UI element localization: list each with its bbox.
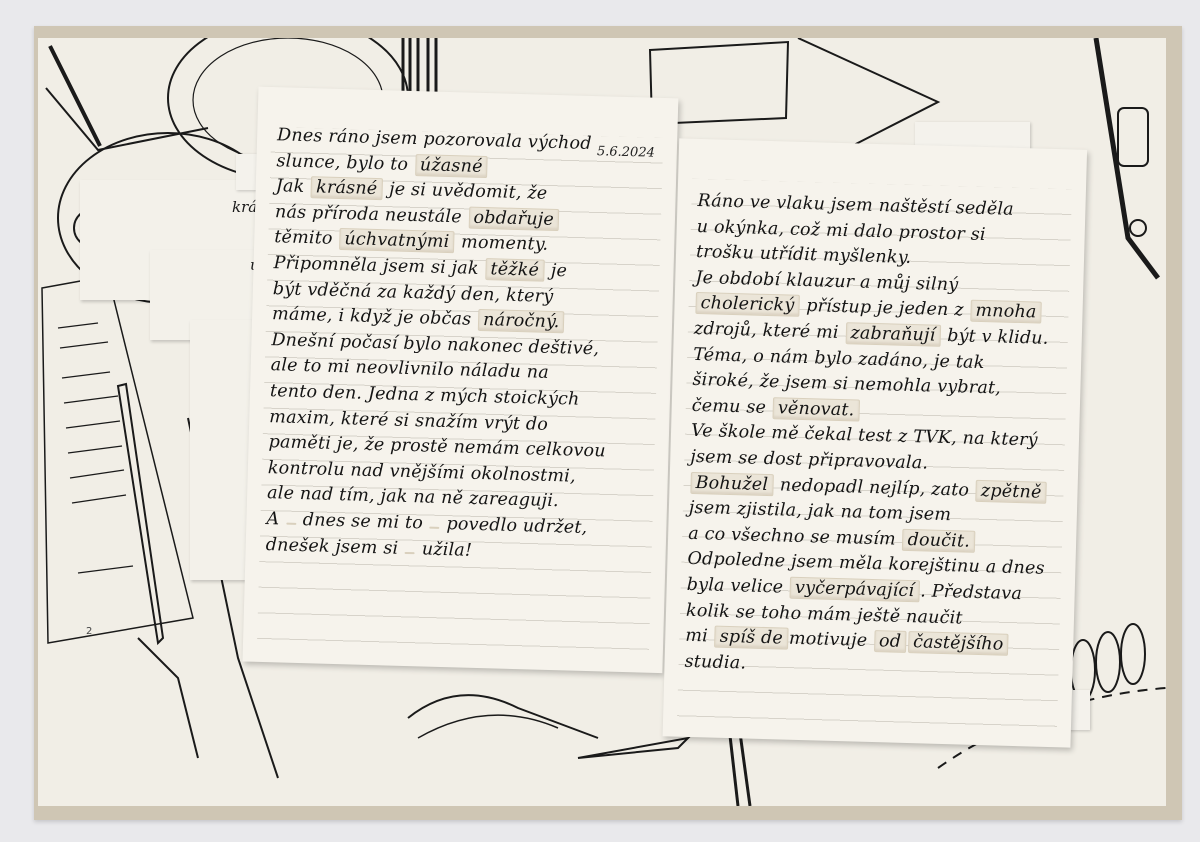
handwritten-text: . Představa bbox=[920, 581, 1022, 604]
notepad-page-number: 2 bbox=[86, 626, 92, 637]
pull-tab-window[interactable]: Bohužel bbox=[690, 471, 773, 495]
pull-tab-window[interactable]: cholerický bbox=[695, 292, 799, 317]
right-page-text: Ráno ve vlaku jsem naštěstí sedělau okýn… bbox=[684, 189, 1071, 686]
handwritten-text: slunce, bylo to bbox=[276, 151, 414, 175]
handwritten-text: je bbox=[545, 261, 568, 282]
handwritten-text: Je období klauzur a můj silný bbox=[695, 268, 959, 295]
handwritten-text: ale to mi neovlivnilo náladu na bbox=[270, 355, 549, 383]
pull-tab-window[interactable]: úžasné bbox=[415, 154, 488, 178]
handwritten-text: nás příroda neustále bbox=[275, 202, 468, 227]
pull-tab-window[interactable]: od bbox=[874, 630, 907, 653]
handwritten-text: je si uvědomit, že bbox=[383, 179, 548, 204]
handwritten-text: přístup je jeden z bbox=[800, 296, 970, 321]
handwritten-text: byla velice bbox=[687, 575, 790, 598]
handwritten-text: povedlo udržet, bbox=[440, 514, 587, 538]
pull-tab-window[interactable]: obdařuje bbox=[468, 206, 559, 231]
pull-tab-window[interactable]: častějšího bbox=[908, 631, 1009, 656]
pull-tab-window[interactable]: zabraňují bbox=[845, 322, 941, 347]
handwritten-text: a co všechno se musím bbox=[688, 524, 902, 550]
pull-tab-window[interactable]: krásné bbox=[311, 176, 383, 200]
pull-tab-window[interactable]: věnovat. bbox=[773, 397, 860, 421]
handwritten-text: momenty. bbox=[455, 233, 548, 256]
handwritten-text: A bbox=[266, 509, 285, 530]
pull-tab-window[interactable] bbox=[430, 527, 440, 529]
handwritten-text: užila! bbox=[416, 539, 473, 561]
handwritten-text: zdrojů, které mi bbox=[694, 319, 845, 343]
handwritten-text: motivuje bbox=[789, 629, 874, 651]
handwritten-text: maxim, které si snažím vrýt do bbox=[269, 407, 548, 435]
journal-right-page: Ráno ve vlaku jsem naštěstí sedělau okýn… bbox=[663, 138, 1088, 747]
handwritten-text: nedopadl nejlíp, zato bbox=[774, 475, 975, 501]
left-page-text: Dnes ráno jsem pozorovala východslunce, … bbox=[265, 123, 663, 569]
handwritten-text: těmito bbox=[274, 228, 339, 250]
handwritten-text: být vděčná za každý den, který bbox=[273, 279, 554, 307]
handwritten-text: čemu se bbox=[692, 396, 773, 418]
handwritten-text: Připomněla jsem si jak bbox=[273, 253, 484, 279]
journal-spread: 5.6.2024 Dnes ráno jsem pozorovala výcho… bbox=[230, 86, 1098, 759]
pull-tab-window[interactable]: úchvatnými bbox=[339, 228, 455, 253]
handwritten-text: jsem se dost připravovala. bbox=[690, 447, 928, 474]
pull-tab-window[interactable] bbox=[286, 523, 296, 525]
handwritten-text: dnes se mi to bbox=[297, 510, 429, 534]
pull-tab-window[interactable]: mnoha bbox=[970, 300, 1042, 324]
handwritten-text: mi bbox=[685, 626, 714, 647]
handwritten-text: kolik se toho mám ještě naučit bbox=[686, 600, 963, 628]
journal-left-page: 5.6.2024 Dnes ráno jsem pozorovala výcho… bbox=[242, 87, 678, 674]
pull-tab-window[interactable]: vyčerpávající bbox=[790, 577, 920, 603]
handwritten-text: máme, i když je občas bbox=[272, 304, 477, 330]
handwritten-text: trošku utřídit myšlenky. bbox=[696, 242, 912, 268]
handwritten-text: studia. bbox=[684, 651, 746, 673]
pull-tab-window[interactable] bbox=[405, 551, 415, 553]
handwritten-text: Jak bbox=[275, 176, 310, 197]
pull-tab-window[interactable]: spíš de bbox=[714, 626, 788, 650]
handwritten-text: dnešek jsem si bbox=[265, 535, 404, 559]
pull-tab-window[interactable]: zpětně bbox=[976, 479, 1047, 503]
pull-tab-window[interactable]: těžké bbox=[485, 258, 544, 282]
pull-tab-window[interactable]: doučit. bbox=[902, 529, 975, 553]
handwritten-text: jsem zjistila, jak na tom jsem bbox=[689, 498, 952, 525]
handwritten-text: být v klidu. bbox=[941, 326, 1049, 349]
pull-tab-window[interactable]: náročný. bbox=[478, 309, 565, 333]
